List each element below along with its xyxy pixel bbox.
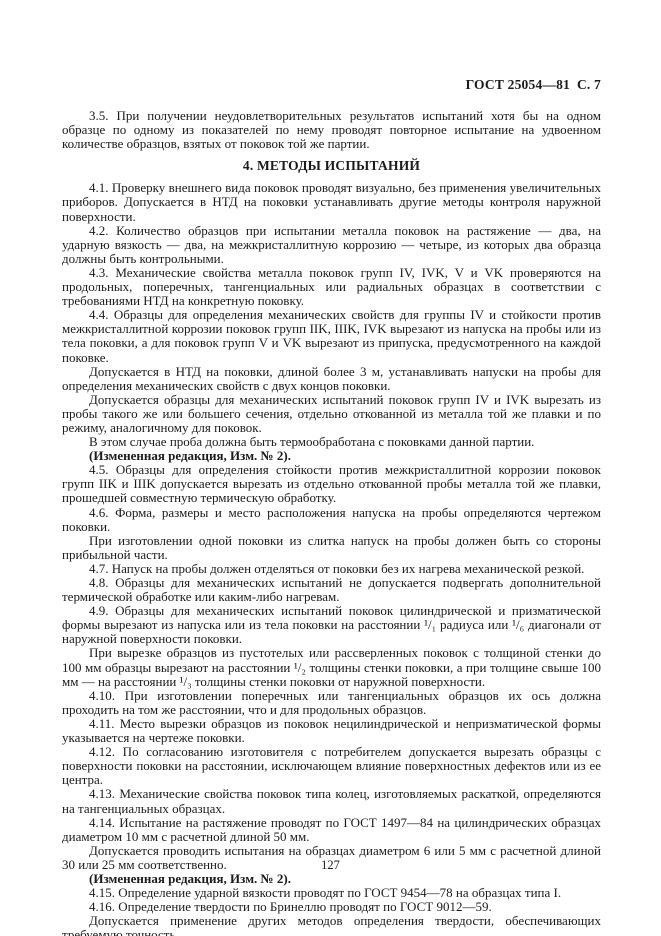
paragraph: (Измененная редакция, Изм. № 2). — [62, 872, 601, 886]
section-heading: 4. МЕТОДЫ ИСПЫТАНИЙ — [62, 159, 601, 173]
paragraph: При вырезке образцов из пустотелых или р… — [62, 646, 601, 688]
paragraph: Допускается в НТД на поковки, длиной бол… — [62, 365, 601, 393]
document-body: 3.5. При получении неудовлетворительных … — [62, 109, 601, 936]
paragraph: (Измененная редакция, Изм. № 2). — [62, 449, 601, 463]
paragraph: 4.14. Испытание на растяжение проводят п… — [62, 816, 601, 844]
paragraph: 4.6. Форма, размеры и место расположения… — [62, 506, 601, 534]
paragraph: 4.5. Образцы для определения стойкости п… — [62, 463, 601, 505]
paragraph: 4.9. Образцы для механических испытаний … — [62, 604, 601, 646]
intro-paragraphs-list: 3.5. При получении неудовлетворительных … — [62, 109, 601, 151]
page-header: ГОСТ 25054—81 С. 7 — [62, 78, 601, 92]
paragraph: 4.15. Определение ударной вязкости прово… — [62, 886, 601, 900]
page-number: 127 — [321, 858, 340, 872]
page-footer: 127 — [0, 858, 661, 872]
paragraph: 3.5. При получении неудовлетворительных … — [62, 109, 601, 151]
document-page: ГОСТ 25054—81 С. 7 3.5. При получении не… — [0, 0, 661, 936]
paragraph: 4.2. Количество образцов при испытании м… — [62, 224, 601, 266]
paragraph: Допускается образцы для механических исп… — [62, 393, 601, 435]
doc-number-header: ГОСТ 25054—81 С. 7 — [466, 77, 601, 92]
paragraph: 4.3. Механические свойства металла поков… — [62, 266, 601, 308]
paragraph: 4.10. При изготовлении поперечных или та… — [62, 689, 601, 717]
paragraph: 4.7. Напуск на пробы должен отделяться о… — [62, 562, 601, 576]
paragraph: Допускается применение других методов оп… — [62, 914, 601, 936]
paragraph: При изготовлении одной поковки из слитка… — [62, 534, 601, 562]
paragraph: 4.13. Механические свойства поковок типа… — [62, 787, 601, 815]
paragraph: 4.12. По согласованию изготовителя с пот… — [62, 745, 601, 787]
paragraph: 4.1. Проверку внешнего вида поковок пров… — [62, 181, 601, 223]
paragraph: 4.4. Образцы для определения механически… — [62, 308, 601, 364]
paragraph: 4.16. Определение твердости по Бринеллю … — [62, 900, 601, 914]
paragraph: 4.8. Образцы для механических испытаний … — [62, 576, 601, 604]
paragraph: 4.11. Место вырезки образцов из поковок … — [62, 717, 601, 745]
paragraph: В этом случае проба должна быть термообр… — [62, 435, 601, 449]
section-paragraphs-list: 4.1. Проверку внешнего вида поковок пров… — [62, 181, 601, 936]
